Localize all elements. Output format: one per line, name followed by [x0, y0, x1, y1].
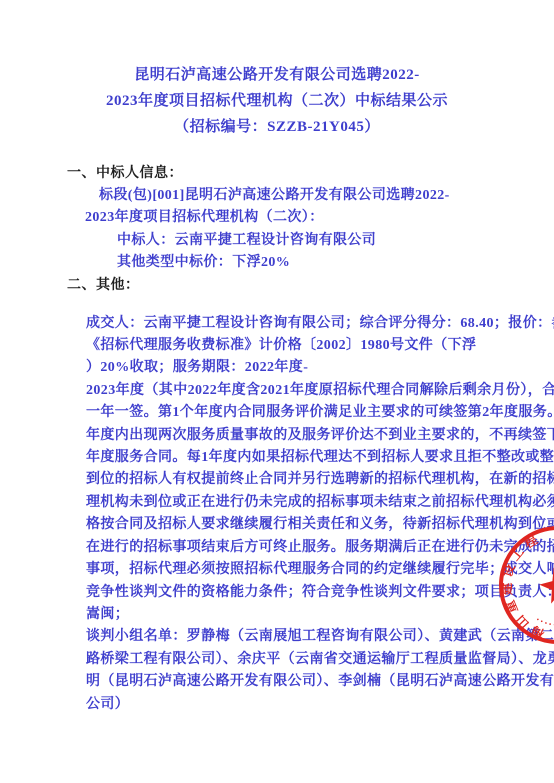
title-line: （招标编号：SZZB-21Y045）: [0, 114, 554, 140]
paragraph-line: 年度内出现两次服务质量事故的及服务评价达不到业主要求的，不再续签下一: [86, 425, 554, 447]
paragraph-line: 明（昆明石泸高速公路开发有限公司）、李剑楠（昆明石泸高速公路开发有限: [86, 671, 554, 693]
paragraph-line: 事项，招标代理必须按照招标代理服务合同的约定继续履行完毕；成交人响应: [86, 559, 554, 581]
paragraph-line: 在进行的招标事项结束后方可终止服务。服务期满后正在进行仍未完成的招标: [86, 537, 554, 559]
other-section-heading: 二、其他：: [67, 275, 554, 297]
paragraph-line: 成交人：云南平捷工程设计咨询有限公司；综合评分得分：68.40；报价：参照: [86, 313, 554, 335]
paragraph-line: ）20%收取；服务期限：2022年度-: [86, 357, 554, 379]
paragraph-line: 嵩闽；: [86, 604, 554, 626]
paragraph-line: 2023年度（其中2022年度含2021年度原招标代理合同解除后剩余月份），合同: [86, 380, 554, 402]
document-title: 昆明石泸高速公路开发有限公司选聘2022-2023年度项目招标代理机构（二次）中…: [0, 0, 554, 140]
winner-section-heading: 一、中标人信息：: [67, 163, 554, 185]
title-line: 昆明石泸高速公路开发有限公司选聘2022-: [0, 62, 554, 88]
winner-info-line: 其他类型中标价：下浮20%: [117, 252, 554, 274]
paragraph-line: 格按合同及招标人要求继续履行相关责任和义务，待新招标代理机构到位或正: [86, 514, 554, 536]
paragraph-line: 理机构未到位或正在进行仍未完成的招标事项未结束之前招标代理机构必须严: [86, 492, 554, 514]
winner-info-line: 2023年度项目招标代理机构（二次）：: [85, 207, 554, 229]
title-line: 2023年度项目招标代理机构（二次）中标结果公示: [0, 88, 554, 114]
paragraph-line: 公司）: [86, 694, 554, 716]
other-section-body: 成交人：云南平捷工程设计咨询有限公司；综合评分得分：68.40；报价：参照《招标…: [86, 313, 554, 716]
paragraph-line: 谈判小组名单：罗静梅（云南展旭工程咨询有限公司）、黄建武（云南第二公: [86, 626, 554, 648]
paragraph-line: 年度服务合同。每1年度内如果招标代理达不到招标人要求且拒不整改或整改不: [86, 447, 554, 469]
winner-info-line: 中标人：云南平捷工程设计咨询有限公司: [117, 230, 554, 252]
paragraph-line: 竞争性谈判文件的资格能力条件；符合竞争性谈判文件要求；项目负责人：张: [86, 582, 554, 604]
announcement-page: 昆明石泸高速公路开发有限公司选聘2022-2023年度项目招标代理机构（二次）中…: [0, 0, 554, 783]
paragraph-line: 路桥梁工程有限公司）、余庆平（云南省交通运输厅工程质量监督局）、龙勇: [86, 649, 554, 671]
paragraph-line: 一年一签。第1个年度内合同服务评价满足业主要求的可续签第2年度服务。1个: [86, 402, 554, 424]
winner-info-line: 标段(包)[001]昆明石泸高速公路开发有限公司选聘2022-: [99, 185, 554, 207]
paragraph-line: 《招标代理服务收费标准》计价格〔2002〕1980号文件（下浮: [86, 335, 554, 357]
paragraph-line: 到位的招标人有权提前终止合同并另行选聘新的招标代理机构，在新的招标代: [86, 469, 554, 491]
winner-section-body: 标段(包)[001]昆明石泸高速公路开发有限公司选聘2022-2023年度项目招…: [85, 185, 554, 275]
